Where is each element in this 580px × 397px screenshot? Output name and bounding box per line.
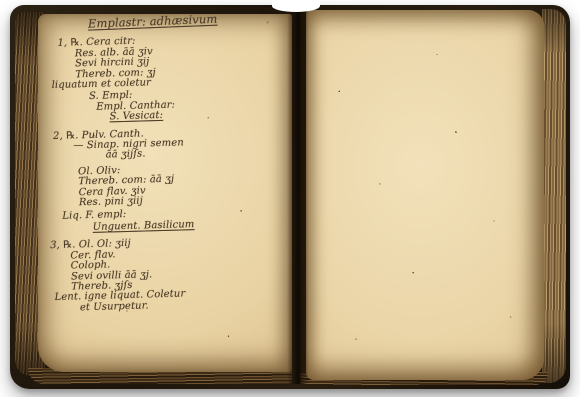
stray-ink-mark: ʼ (266, 21, 269, 31)
recipe-3: 3, ℞. Ol. Ol: ʒiij Cer. flav. Coloph. Se… (48, 235, 280, 314)
recipe-1: 1, ℞. Cera citr: Res. alb. āā ʒiv Sevi h… (42, 33, 274, 125)
recipe-2: 2, ℞. Pulv. Canth. — Sinap. nigri semen … (45, 125, 278, 234)
manuscript-text: Emplastr: adhæsivum ʼ 1, ℞. Cera citr: R… (42, 13, 280, 321)
right-page (306, 10, 544, 380)
recipe-line: S. Vesicat: (109, 108, 274, 123)
right-page-block-edge (542, 9, 566, 383)
photo-of-open-manuscript-book: Emplastr: adhæsivum ʼ 1, ℞. Cera citr: R… (0, 0, 580, 397)
recipe-line: āā ʒijſs. (106, 146, 276, 161)
cover-top-notch (272, 0, 320, 12)
manuscript-title: Emplastr: adhæsivum (88, 14, 218, 29)
book-gutter (287, 8, 309, 384)
